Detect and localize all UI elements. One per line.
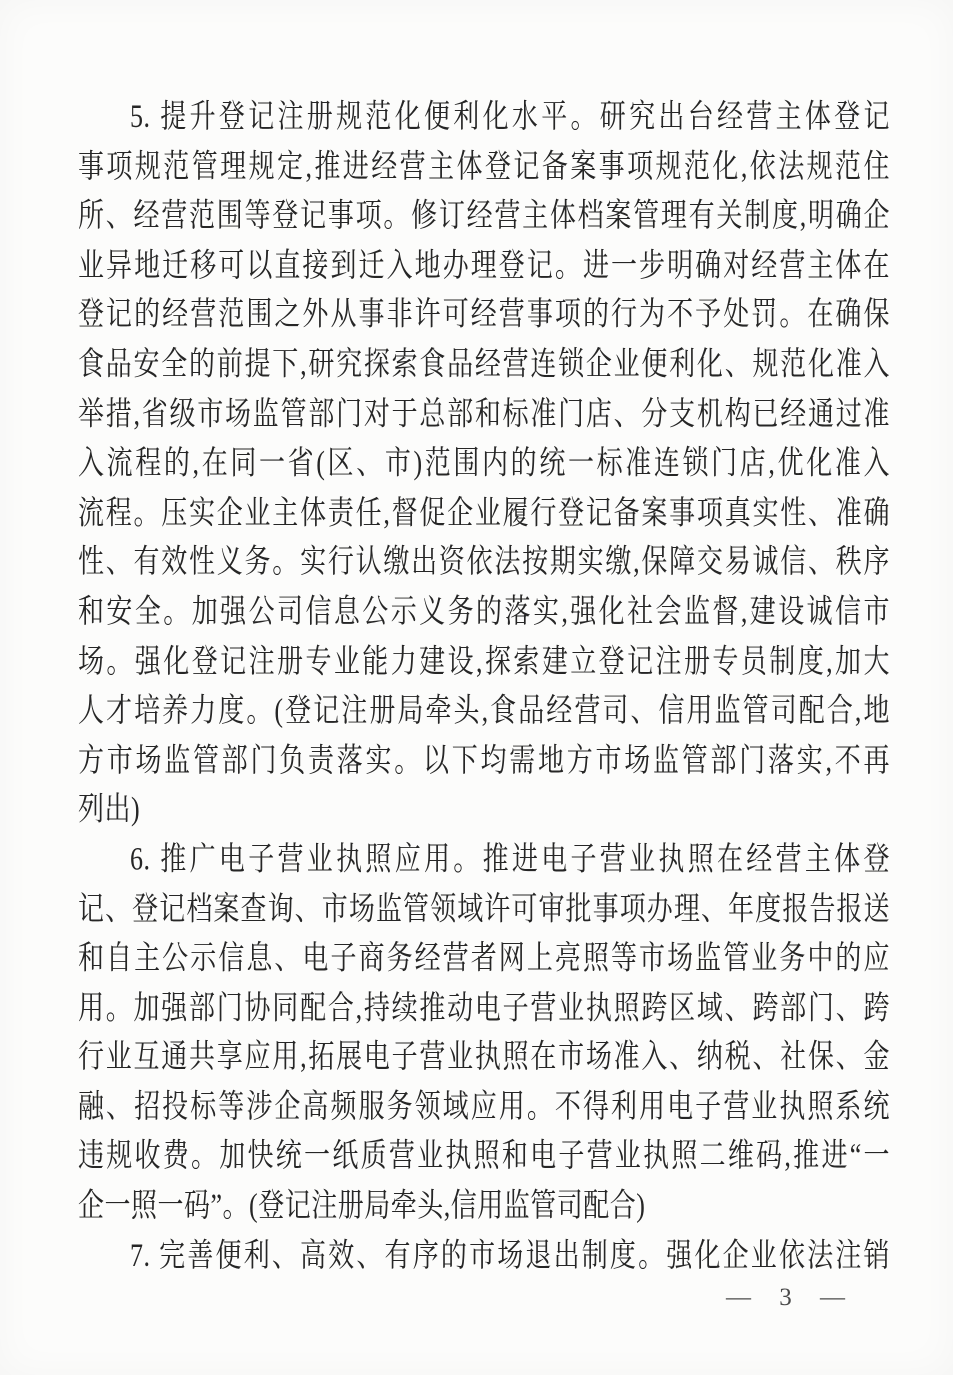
- document-page: 5. 提升登记注册规范化便利化水平。研究出台经营主体登记事项规范管理规定,推进经…: [0, 0, 953, 1375]
- text-line: 所、经营范围等登记事项。修订经营主体档案管理有关制度,明确企: [78, 191, 890, 240]
- text-line: 性、有效性义务。实行认缴出资依法按期实缴,保障交易诚信、秩序: [78, 537, 890, 586]
- text-line: 7. 完善便利、高效、有序的市场退出制度。强化企业依法注销: [78, 1230, 890, 1279]
- text-line: 记、登记档案查询、市场监管领域许可审批事项办理、年度报告报送: [78, 884, 890, 933]
- text-line: 事项规范管理规定,推进经营主体登记备案事项规范化,依法规范住: [78, 141, 890, 190]
- text-line: 列出): [78, 785, 890, 834]
- text-line: 业异地迁移可以直接到迁入地办理登记。进一步明确对经营主体在: [78, 240, 890, 289]
- text-line: 和安全。加强公司信息公示义务的落实,强化社会监督,建设诚信市: [78, 587, 890, 636]
- paragraph-item-5: 5. 提升登记注册规范化便利化水平。研究出台经营主体登记事项规范管理规定,推进经…: [78, 92, 890, 834]
- text-line: 方市场监管部门负责落实。以下均需地方市场监管部门落实,不再: [78, 735, 890, 784]
- text-line: 企一照一码”。(登记注册局牵头,信用监管司配合): [78, 1181, 890, 1230]
- paragraph-item-6: 6. 推广电子营业执照应用。推进电子营业执照在经营主体登记、登记档案查询、市场监…: [78, 834, 890, 1230]
- text-line: 用。加强部门协同配合,持续推动电子营业执照跨区域、跨部门、跨: [78, 983, 890, 1032]
- text-line: 5. 提升登记注册规范化便利化水平。研究出台经营主体登记: [78, 92, 890, 141]
- text-line: 流程。压实企业主体责任,督促企业履行登记备案事项真实性、准确: [78, 488, 890, 537]
- text-line: 行业互通共享应用,拓展电子营业执照在市场准入、纳税、社保、金: [78, 1032, 890, 1081]
- text-line: 和自主公示信息、电子商务经营者网上亮照等市场监管业务中的应: [78, 933, 890, 982]
- text-line: 融、招投标等涉企高频服务领域应用。不得利用电子营业执照系统: [78, 1082, 890, 1131]
- text-line: 食品安全的前提下,研究探索食品经营连锁企业便利化、规范化准入: [78, 339, 890, 388]
- paragraph-item-7: 7. 完善便利、高效、有序的市场退出制度。强化企业依法注销: [78, 1230, 890, 1279]
- text-line: 违规收费。加快统一纸质营业执照和电子营业执照二维码,推进“一: [78, 1131, 890, 1180]
- text-line: 举措,省级市场监管部门对于总部和标准门店、分支机构已经通过准: [78, 389, 890, 438]
- text-line: 6. 推广电子营业执照应用。推进电子营业执照在经营主体登: [78, 834, 890, 883]
- page-number: — 3 —: [726, 1283, 847, 1313]
- text-line: 场。强化登记注册专业能力建设,探索建立登记注册专员制度,加大: [78, 636, 890, 685]
- document-body: 5. 提升登记注册规范化便利化水平。研究出台经营主体登记事项规范管理规定,推进经…: [78, 92, 890, 1280]
- text-line: 入流程的,在同一省(区、市)范围内的统一标准连锁门店,优化准入: [78, 438, 890, 487]
- text-line: 人才培养力度。(登记注册局牵头,食品经营司、信用监管司配合,地: [78, 686, 890, 735]
- text-line: 登记的经营范围之外从事非许可经营事项的行为不予处罚。在确保: [78, 290, 890, 339]
